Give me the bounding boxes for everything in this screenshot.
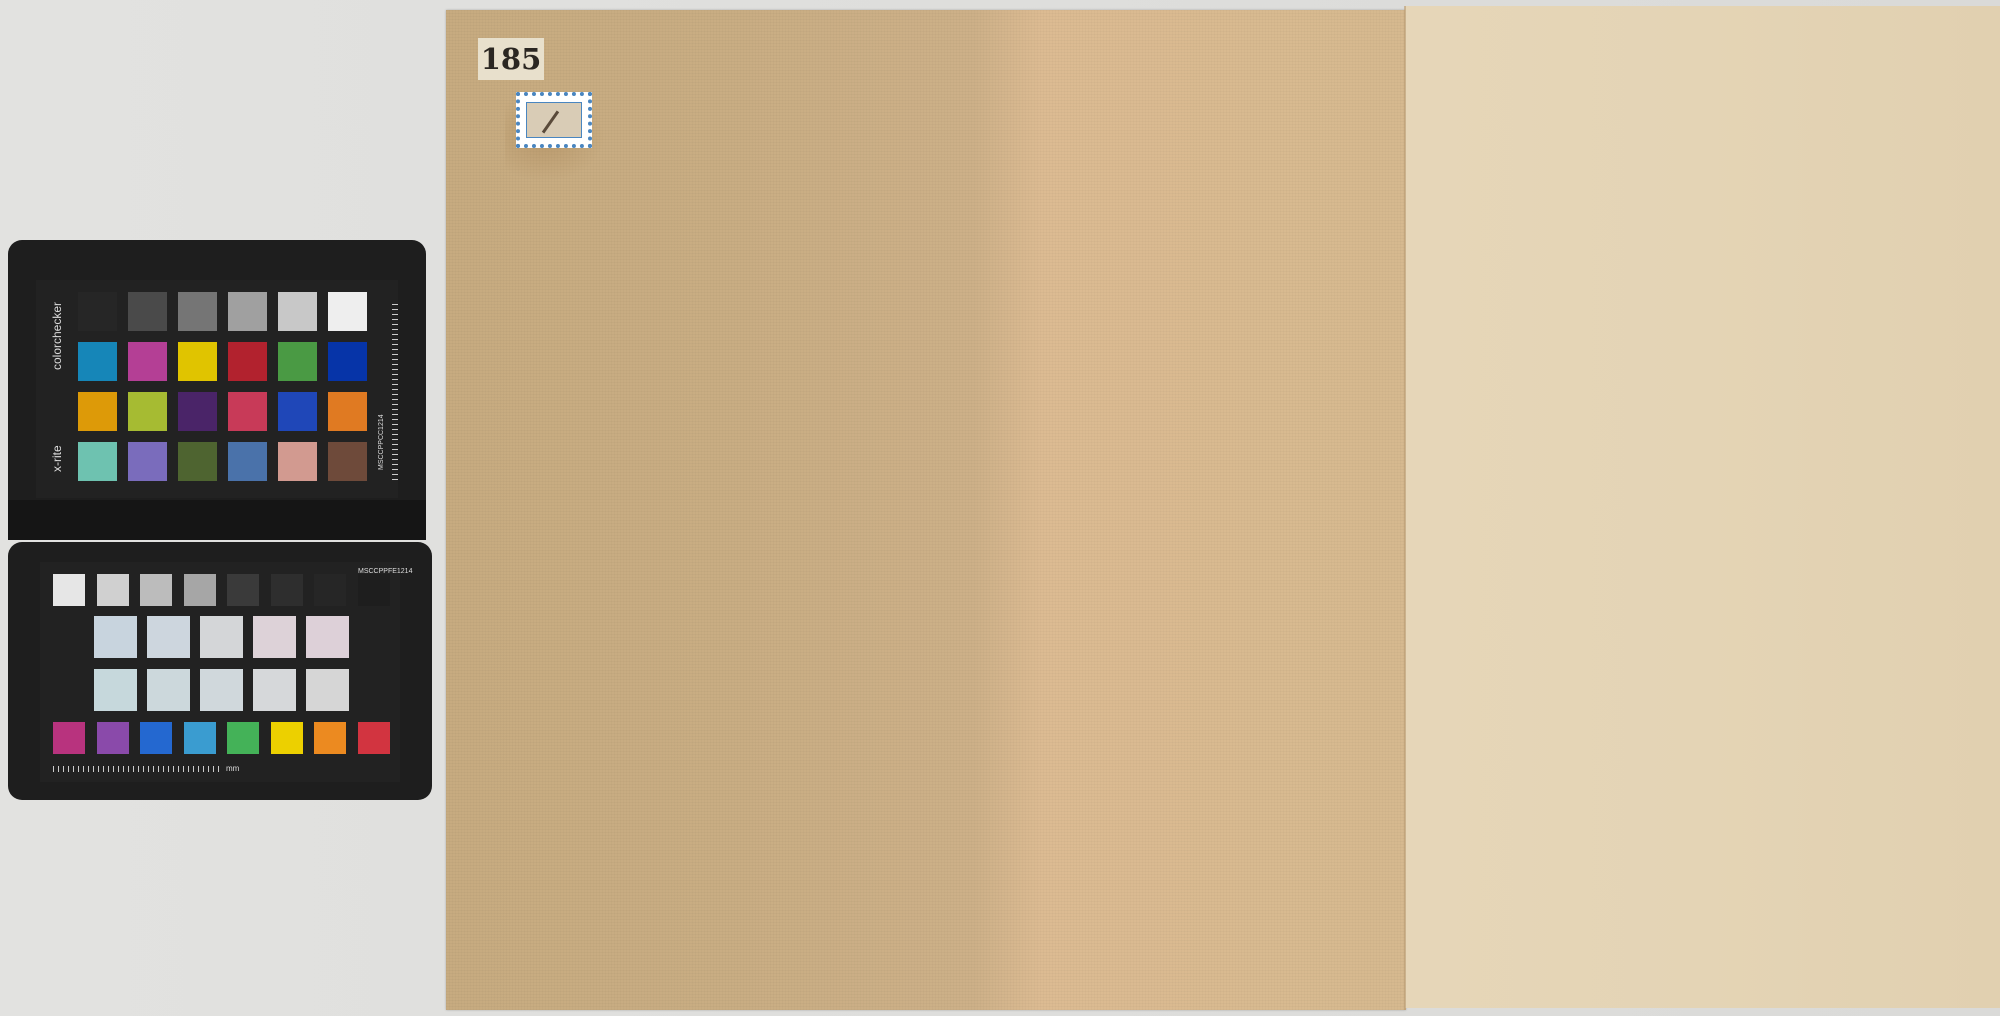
color-patch bbox=[278, 292, 317, 331]
color-patch bbox=[94, 616, 137, 658]
serial-bottom: MSCCPPFE1214 bbox=[358, 568, 412, 575]
colorchecker-creative-card: MSCCPPFE1214 mm bbox=[8, 542, 432, 800]
color-patch bbox=[128, 292, 167, 331]
color-patch bbox=[140, 722, 172, 754]
color-patch bbox=[78, 292, 117, 331]
hinge bbox=[8, 500, 426, 540]
paper-panel bbox=[1405, 6, 2000, 1008]
color-patch bbox=[200, 669, 243, 711]
color-patch bbox=[328, 442, 367, 481]
color-patch bbox=[228, 342, 267, 381]
color-patch bbox=[94, 669, 137, 711]
color-patch bbox=[128, 392, 167, 431]
color-patch bbox=[140, 574, 172, 606]
xrite-logo: x-rite bbox=[50, 445, 64, 472]
color-patch bbox=[200, 616, 243, 658]
color-patch bbox=[306, 616, 349, 658]
color-patch bbox=[271, 574, 303, 606]
color-patch bbox=[178, 442, 217, 481]
color-patch bbox=[278, 342, 317, 381]
catalog-number-label: 185 bbox=[478, 38, 544, 80]
color-patch bbox=[128, 342, 167, 381]
color-patch bbox=[358, 722, 390, 754]
color-patch bbox=[178, 392, 217, 431]
color-patch bbox=[178, 292, 217, 331]
color-patch bbox=[184, 722, 216, 754]
color-patch bbox=[358, 574, 390, 606]
panel-seam bbox=[1404, 6, 1406, 1010]
color-patch bbox=[184, 574, 216, 606]
stamp bbox=[516, 92, 592, 148]
color-patch bbox=[271, 722, 303, 754]
color-patch bbox=[328, 292, 367, 331]
ink-mark bbox=[542, 110, 559, 133]
color-patch bbox=[228, 442, 267, 481]
color-patch bbox=[227, 722, 259, 754]
colorchecker-brand: colorchecker bbox=[50, 302, 64, 370]
color-patch bbox=[97, 574, 129, 606]
color-patch bbox=[97, 722, 129, 754]
color-patch bbox=[278, 442, 317, 481]
color-patch bbox=[328, 342, 367, 381]
color-patch bbox=[128, 442, 167, 481]
color-patch bbox=[314, 722, 346, 754]
color-patch bbox=[227, 574, 259, 606]
color-patch bbox=[306, 669, 349, 711]
colorchecker-classic-card: colorchecker x-rite MSCCPPCC1214 bbox=[8, 240, 426, 536]
color-patch bbox=[253, 616, 296, 658]
color-patch bbox=[328, 392, 367, 431]
color-patch bbox=[53, 574, 85, 606]
ruler-horizontal bbox=[53, 766, 219, 772]
ruler-unit: mm bbox=[226, 764, 239, 773]
color-patch bbox=[147, 669, 190, 711]
color-patch bbox=[314, 574, 346, 606]
color-patch bbox=[147, 616, 190, 658]
color-patch bbox=[278, 392, 317, 431]
serial-top: MSCCPPCC1214 bbox=[378, 414, 385, 470]
color-patch bbox=[253, 669, 296, 711]
ruler-vertical bbox=[392, 300, 398, 480]
color-patch bbox=[53, 722, 85, 754]
color-patch bbox=[78, 342, 117, 381]
color-patch bbox=[228, 292, 267, 331]
color-patch bbox=[78, 442, 117, 481]
color-patch bbox=[78, 392, 117, 431]
color-patch bbox=[178, 342, 217, 381]
color-patch bbox=[228, 392, 267, 431]
